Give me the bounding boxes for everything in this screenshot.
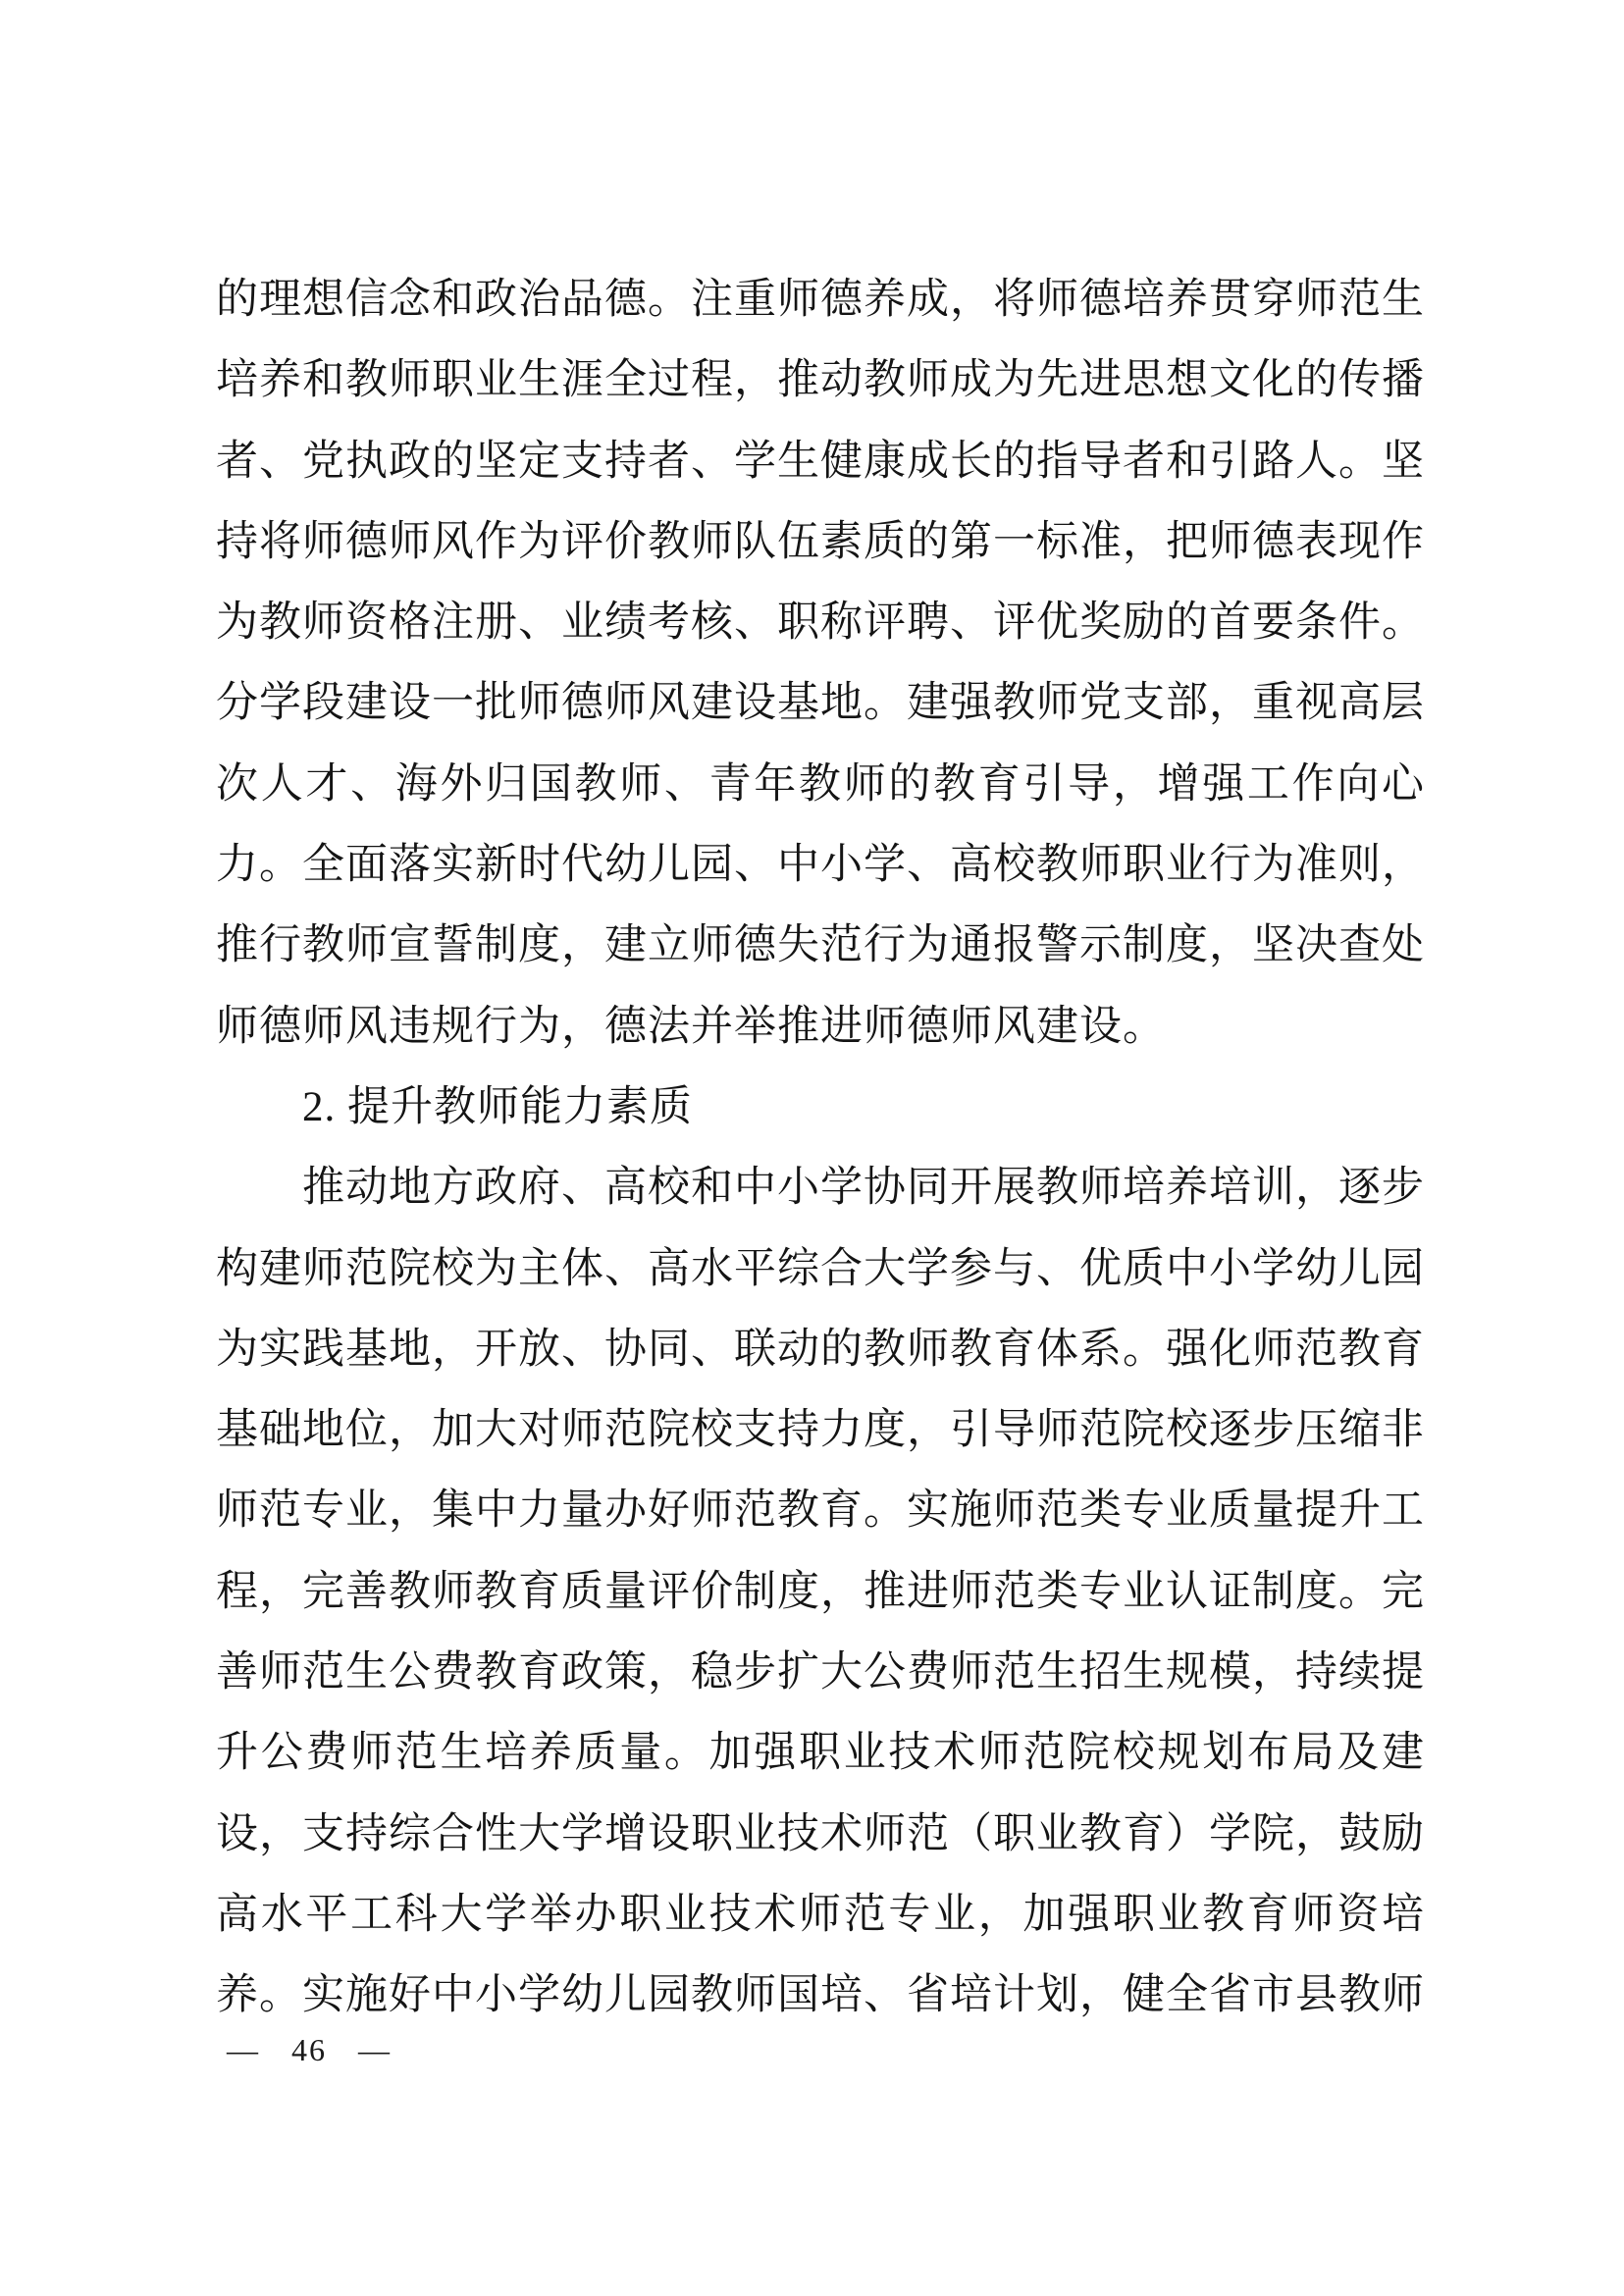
text-line-9: 推行教师宣誓制度，建立师德失范行为通报警示制度，坚决查处 <box>216 906 1425 986</box>
text-line-1: 的理想信念和政治品德。注重师德养成，将师德培养贯穿师范生 <box>216 260 1425 340</box>
text-line-10: 师德师风违规行为，德法并举推进师德师风建设。 <box>216 987 1425 1068</box>
text-line-12: 推动地方政府、高校和中小学协同开展教师培养培训，逐步 <box>216 1148 1425 1228</box>
text-line-20: 设，支持综合性大学增设职业技术师范（职业教育）学院，鼓励 <box>216 1795 1425 1875</box>
text-line-19: 升公费师范生培养质量。加强职业技术师范院校规划布局及建 <box>216 1713 1425 1794</box>
text-line-2: 培养和教师职业生涯全过程，推动教师成为先进思想文化的传播 <box>216 340 1425 421</box>
text-line-7: 次人才、海外归国教师、青年教师的教育引导，增强工作向心 <box>216 745 1425 825</box>
text-line-8: 力。全面落实新时代幼儿园、中小学、高校教师职业行为准则， <box>216 825 1425 906</box>
text-line-4: 持将师德师风作为评价教师队伍素质的第一标准，把师德表现作 <box>216 502 1425 583</box>
text-line-14: 为实践基地，开放、协同、联动的教师教育体系。强化师范教育 <box>216 1310 1425 1390</box>
text-line-5: 为教师资格注册、业绩考核、职称评聘、评优奖励的首要条件。 <box>216 583 1425 663</box>
section-heading: 2. 提升教师能力素质 <box>216 1068 1425 1148</box>
text-line-17: 程，完善教师教育质量评价制度，推进师范类专业认证制度。完 <box>216 1552 1425 1633</box>
document-page: 的理想信念和政治品德。注重师德养成，将师德培养贯穿师范生培养和教师职业生涯全过程… <box>0 0 1624 2296</box>
text-block: 的理想信念和政治品德。注重师德养成，将师德培养贯穿师范生培养和教师职业生涯全过程… <box>216 260 1425 2037</box>
text-line-16: 师范专业，集中力量办好师范教育。实施师范类专业质量提升工 <box>216 1471 1425 1551</box>
text-line-13: 构建师范院校为主体、高水平综合大学参与、优质中小学幼儿园 <box>216 1229 1425 1310</box>
text-line-6: 分学段建设一批师德师风建设基地。建强教师党支部，重视高层 <box>216 663 1425 744</box>
text-line-3: 者、党执政的坚定支持者、学生健康成长的指导者和引路人。坚 <box>216 422 1425 502</box>
page-number: — 46 — <box>227 2027 392 2072</box>
text-line-15: 基础地位，加大对师范院校支持力度，引导师范院校逐步压缩非 <box>216 1390 1425 1471</box>
text-line-21: 高水平工科大学举办职业技术师范专业，加强职业教育师资培 <box>216 1875 1425 1956</box>
text-line-18: 善师范生公费教育政策，稳步扩大公费师范生招生规模，持续提 <box>216 1633 1425 1713</box>
text-line-22: 养。实施好中小学幼儿园教师国培、省培计划，健全省市县教师 <box>216 1956 1425 2036</box>
